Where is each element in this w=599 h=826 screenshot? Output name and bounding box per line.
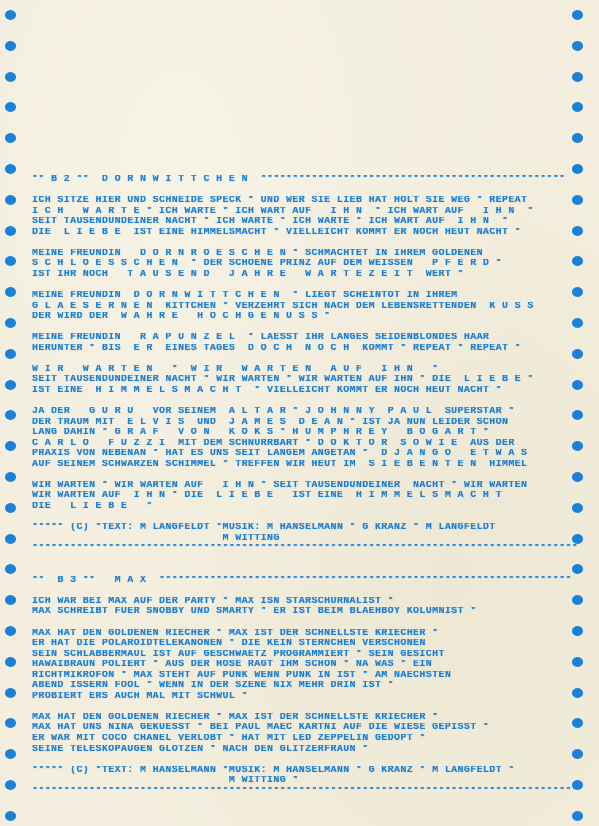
lyrics-line: DIE L I E B E * — [32, 502, 577, 513]
sprocket-hole — [5, 626, 16, 636]
sprocket-hole — [572, 195, 583, 205]
lyrics-line: G L A E S E R N E N KITTCHEN * VERZEHRT … — [32, 302, 577, 313]
sprocket-hole — [572, 564, 583, 574]
song-b3-max: ** B 3 ** M A X ************************… — [32, 576, 577, 797]
sprocket-hole — [5, 780, 16, 790]
lyrics-line: MAX SCHREIBT FUER SNOBBY UND SMARTY * ER… — [32, 607, 577, 618]
sprocket-hole — [5, 564, 16, 574]
lyrics-line: MEINE FREUNDIN R A P U N Z E L * LAESST … — [32, 333, 577, 344]
lyrics-line: ER HAT DIE POLAROIDTELEKANONEN * DIE KEI… — [32, 639, 577, 650]
sprocket-hole — [5, 164, 16, 174]
credits-block: ***** (C) *TEXT: M HANSELMANN *MUSIK: M … — [32, 766, 577, 787]
asterisk-separator-line: ****************************************… — [32, 544, 577, 555]
sprocket-hole — [5, 256, 16, 266]
lyrics-line: IST EINE H I M M E L S M A C H T * VIELL… — [32, 386, 577, 397]
song-section-header: ** B 2 ** D O R N W I T T C H E N ******… — [32, 175, 577, 186]
lyrics-line: AUF SEINEM SCHWARZEN SCHIMMEL * TREFFEN … — [32, 460, 577, 471]
lyrics-line: IST IHR NOCH T A U S E N D J A H R E W A… — [32, 270, 577, 281]
sprocket-hole — [572, 410, 583, 420]
sprocket-hole — [572, 349, 583, 359]
sprocket-hole — [572, 10, 583, 20]
sprocket-hole — [5, 102, 16, 112]
sprocket-hole — [5, 441, 16, 451]
verse-block: MEINE FREUNDIN D O R N R O E S C H E N *… — [32, 249, 577, 281]
sprocket-hole — [5, 472, 16, 482]
lyrics-line: HAWAIBRAUN POLIERT * AUS DER HOSE RAGT I… — [32, 660, 577, 671]
sprocket-hole — [572, 472, 583, 482]
verse-block: MAX HAT DEN GOLDENEN RIECHER * MAX IST D… — [32, 713, 577, 755]
sprocket-hole — [572, 133, 583, 143]
sprocket-hole — [5, 72, 16, 82]
verse-block: ICH SITZE HIER UND SCHNEIDE SPECK * UND … — [32, 196, 577, 238]
sprocket-holes-right — [570, 0, 590, 826]
lyrics-line: SEINE TELESKOPAUGEN GLOTZEN * NACH DEN G… — [32, 745, 577, 756]
lyrics-line: SEIT TAUSENDUNDEINER NACHT * ICH WARTE *… — [32, 217, 577, 228]
lyrics-line: MAX HAT DEN GOLDENEN RIECHER * MAX IST D… — [32, 629, 577, 640]
sprocket-hole — [572, 102, 583, 112]
verse-block: MEINE FREUNDIN D O R N W I T T C H E N *… — [32, 291, 577, 323]
lyrics-line: HERUNTER * BIS E R EINES TAGES D O C H N… — [32, 344, 577, 355]
sprocket-hole — [5, 195, 16, 205]
sprocket-hole — [5, 133, 16, 143]
sprocket-hole — [5, 226, 16, 236]
lyrics-line: SEIN SCHLABBERMAUL IST AUF GESCHWAETZ PR… — [32, 650, 577, 661]
lyrics-line: PRAXIS VON NEBENAN * HAT ES UNS SEIT LAN… — [32, 449, 577, 460]
song-b2-dornwittchen: ** B 2 ** D O R N W I T T C H E N ******… — [32, 175, 577, 555]
lyrics-line: ICH SITZE HIER UND SCHNEIDE SPECK * UND … — [32, 196, 577, 207]
sprocket-hole — [572, 226, 583, 236]
lyrics-line: M WITTING * — [32, 776, 577, 787]
lyrics-line: C A R L O F U Z Z I MIT DEM SCHNURRBART … — [32, 439, 577, 450]
lyrics-line: SEIT TAUSENDUNDEINER NACHT * WIR WARTEN … — [32, 375, 577, 386]
lyrics-line: W I R W A R T E N * W I R W A R T E N A … — [32, 365, 577, 376]
sprocket-hole — [5, 410, 16, 420]
sprocket-hole — [5, 349, 16, 359]
asterisk-separator-line: ****************************************… — [32, 787, 577, 798]
sprocket-holes-left — [3, 0, 23, 826]
sprocket-hole — [5, 718, 16, 728]
lyrics-line: DER WIRD DER W A H R E H O C H G E N U S… — [32, 312, 577, 323]
sprocket-hole — [5, 534, 16, 544]
lyrics-line: ***** (C) *TEXT: M HANSELMANN *MUSIK: M … — [32, 766, 577, 777]
lyrics-line: S C H L O E S S C H E N * DER SCHOENE PR… — [32, 259, 577, 270]
sprocket-hole — [572, 164, 583, 174]
lyrics-line: PROBIERT ERS AUCH MAL MIT SCHWUL * — [32, 692, 577, 703]
sprocket-hole — [572, 626, 583, 636]
verse-block: MAX HAT DEN GOLDENEN RIECHER * MAX IST D… — [32, 629, 577, 703]
sprocket-hole — [5, 688, 16, 698]
verse-block: WIR WARTEN * WIR WARTEN AUF I H N * SEIT… — [32, 481, 577, 513]
sprocket-hole — [572, 72, 583, 82]
lyrics-line: WIR WARTEN * WIR WARTEN AUF I H N * SEIT… — [32, 481, 577, 492]
sprocket-hole — [572, 380, 583, 390]
typed-lyrics-sheet: ** B 2 ** D O R N W I T T C H E N ******… — [32, 175, 577, 818]
sprocket-hole — [572, 718, 583, 728]
verse-block: JA DER G U R U VOR SEINEM A L T A R * J … — [32, 407, 577, 470]
sprocket-hole — [5, 657, 16, 667]
lyrics-line: ER WAR MIT COCO CHANEL VERLOBT * HAT MIT… — [32, 734, 577, 745]
lyrics-line: WIR WARTEN AUF I H N * DIE L I E B E IST… — [32, 491, 577, 502]
lyrics-line: I C H W A R T E * ICH WARTE * ICH WART A… — [32, 207, 577, 218]
song-section-header: ** B 3 ** M A X ************************… — [32, 576, 577, 587]
sprocket-hole — [572, 503, 583, 513]
fanfold-paper-sheet: ** B 2 ** D O R N W I T T C H E N ******… — [0, 0, 599, 826]
sprocket-hole — [5, 287, 16, 297]
lyrics-line: ***** (C) *TEXT: M LANGFELDT *MUSIK: M H… — [32, 523, 577, 534]
sprocket-hole — [5, 380, 16, 390]
lyrics-line: RICHTMIKROFON * MAX STEHT AUF PUNK WENN … — [32, 671, 577, 682]
lyrics-line: JA DER G U R U VOR SEINEM A L T A R * J … — [32, 407, 577, 418]
credits-block: ***** (C) *TEXT: M LANGFELDT *MUSIK: M H… — [32, 523, 577, 544]
verse-block: MEINE FREUNDIN R A P U N Z E L * LAESST … — [32, 333, 577, 354]
lyrics-line: M WITTING — [32, 534, 577, 545]
sprocket-hole — [5, 749, 16, 759]
lyrics-line: ICH WAR BEI MAX AUF DER PARTY * MAX ISN … — [32, 597, 577, 608]
lyrics-line: MEINE FREUNDIN D O R N R O E S C H E N *… — [32, 249, 577, 260]
sprocket-hole — [5, 595, 16, 605]
sprocket-hole — [572, 534, 583, 544]
sprocket-hole — [572, 595, 583, 605]
sprocket-hole — [572, 657, 583, 667]
sprocket-hole — [572, 749, 583, 759]
lyrics-line: ABEND ISSERN FOOL * WENN IN DER SZENE NI… — [32, 681, 577, 692]
lyrics-line: MAX HAT UNS NINA GEKUESST * BEI PAUL MAE… — [32, 723, 577, 734]
sprocket-hole — [5, 318, 16, 328]
verse-block: W I R W A R T E N * W I R W A R T E N A … — [32, 365, 577, 397]
sprocket-hole — [5, 41, 16, 51]
sprocket-hole — [572, 256, 583, 266]
lyrics-line: DIE L I E B E IST EINE HIMMELSMACHT * VI… — [32, 228, 577, 239]
sprocket-hole — [572, 688, 583, 698]
verse-block: ICH WAR BEI MAX AUF DER PARTY * MAX ISN … — [32, 597, 577, 618]
sprocket-hole — [572, 41, 583, 51]
lyrics-line: LANG DAHIN * G R A F V O N K O K S * H U… — [32, 428, 577, 439]
sprocket-hole — [572, 441, 583, 451]
sprocket-hole — [572, 318, 583, 328]
sprocket-hole — [5, 503, 16, 513]
sprocket-hole — [572, 780, 583, 790]
sprocket-hole — [5, 811, 16, 821]
lyrics-line: MEINE FREUNDIN D O R N W I T T C H E N *… — [32, 291, 577, 302]
sprocket-hole — [5, 10, 16, 20]
sprocket-hole — [572, 811, 583, 821]
lyrics-line: DER TRAUM MIT E L V I S UND J A M E S D … — [32, 418, 577, 429]
sprocket-hole — [572, 287, 583, 297]
lyrics-line: MAX HAT DEN GOLDENEN RIECHER * MAX IST D… — [32, 713, 577, 724]
